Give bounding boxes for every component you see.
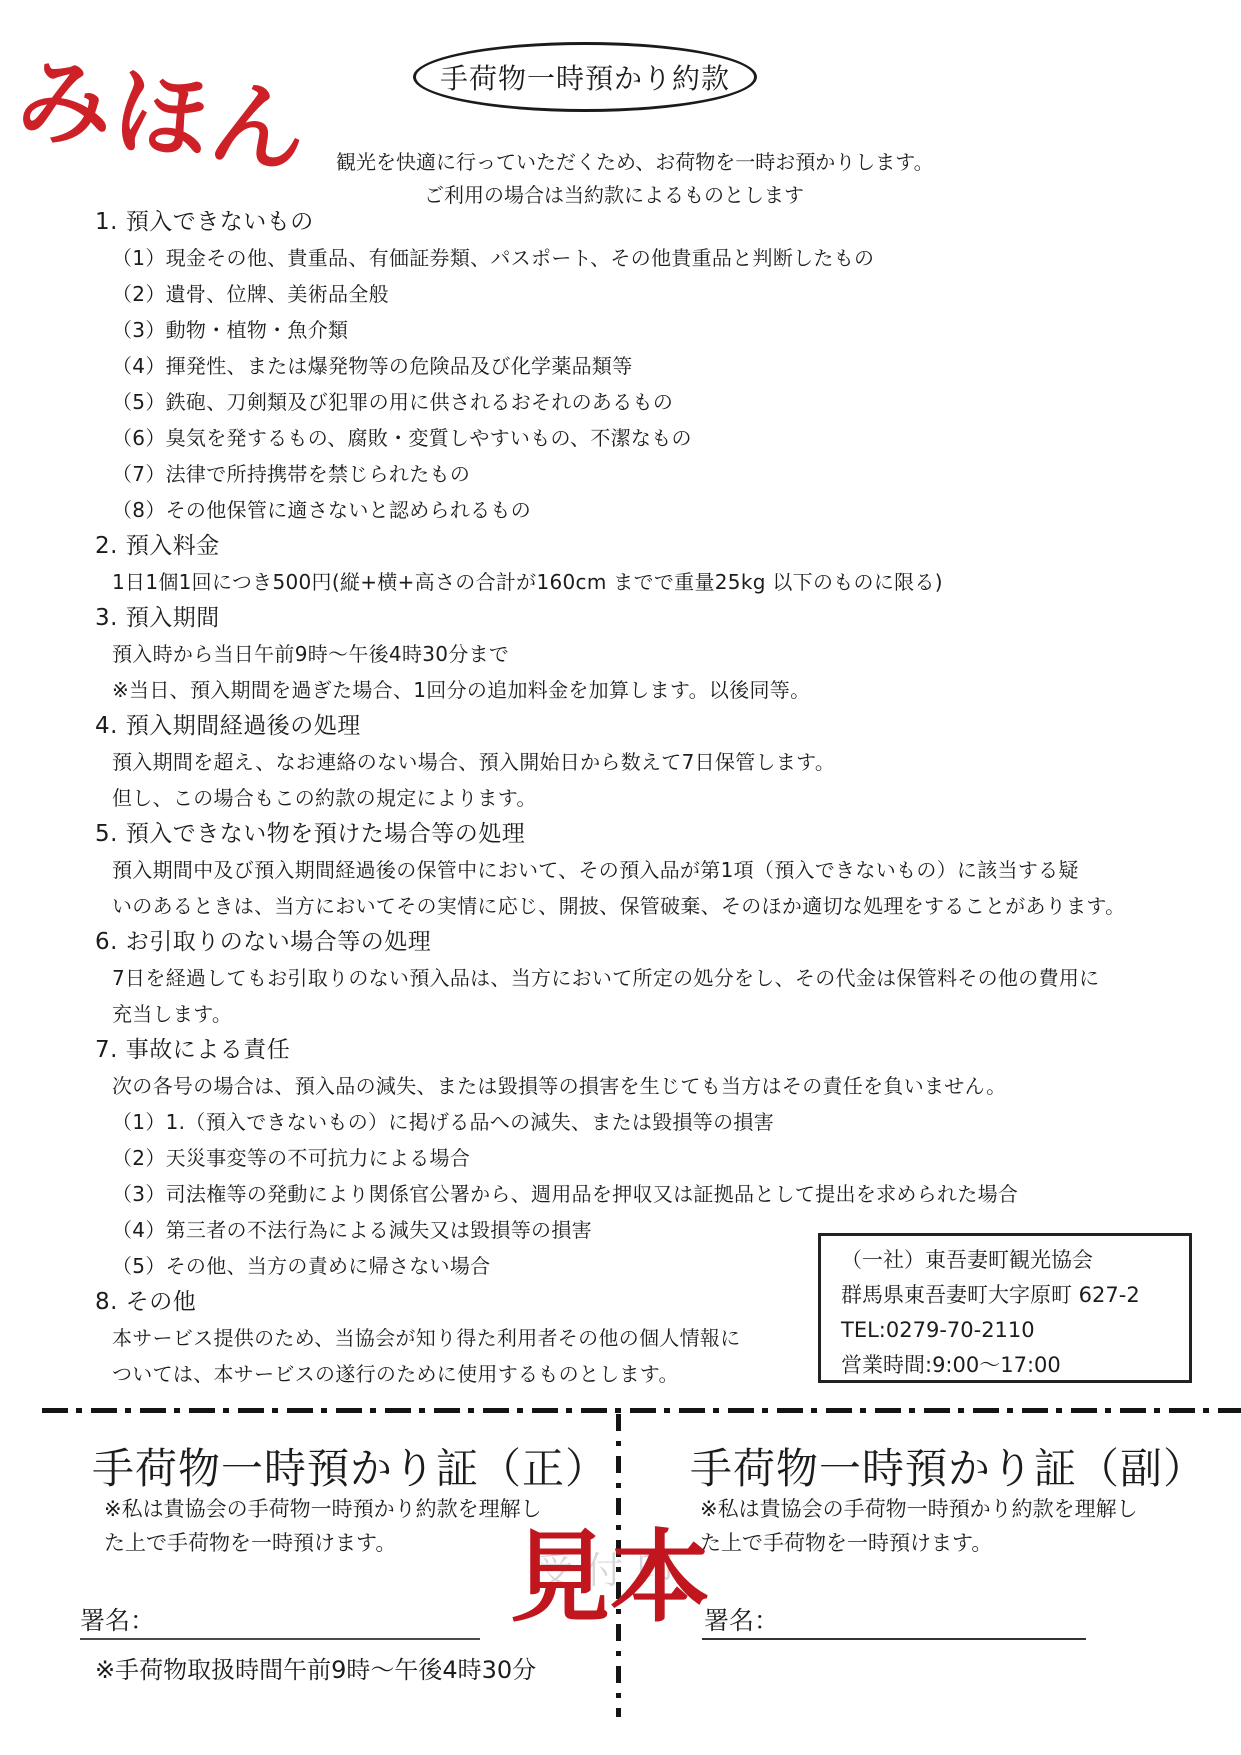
term-line: いのあるときは、当方においてその実情に応じ、開披、保管破棄、そのほか適切な処理を… <box>95 888 1241 924</box>
receipt-left-hours-note: ※手荷物取扱時間午前9時～午後4時30分 <box>95 1650 536 1685</box>
term-line: 但し、この場合もこの約款の規定によります。 <box>95 780 1241 816</box>
sample-watermark-bottom: 見本 <box>510 1528 710 1628</box>
term-line: （3）動物・植物・魚介類 <box>95 312 1241 348</box>
section-2-heading: 2. 預入料金 <box>95 528 1241 564</box>
receipt-left-title: 手荷物一時預かり証（正） <box>92 1436 608 1496</box>
receipt-right-signature-label: 署名： <box>704 1601 779 1637</box>
contact-tel: TEL:0279-70-2110 <box>841 1313 1189 1348</box>
term-line: （6）臭気を発するもの、腐敗・変質しやすいもの、不潔なもの <box>95 420 1241 456</box>
intro-line-1: 観光を快適に行っていただくため、お荷物を一時お預かりします。 <box>336 146 934 175</box>
term-line: （1）1.（預入できないもの）に掲げる品への減失、または毀損等の損害 <box>95 1104 1241 1140</box>
contact-box: （一社）東吾妻町観光協会 群馬県東吾妻町大字原町 627-2 TEL:0279-… <box>818 1233 1192 1383</box>
section-6-heading: 6. お引取りのない場合等の処理 <box>95 924 1241 960</box>
term-line: （2）遺骨、位牌、美術品全般 <box>95 276 1241 312</box>
term-line: 預入期間中及び預入期間経過後の保管中において、その預入品が第1項（預入できないも… <box>95 852 1241 888</box>
term-line: （4）揮発性、または爆発物等の危険品及び化学薬品類等 <box>95 348 1241 384</box>
term-line: 次の各号の場合は、預入品の減失、または毀損等の損害を生じても当方はその責任を負い… <box>95 1068 1241 1104</box>
section-7-heading: 7. 事故による責任 <box>95 1032 1241 1068</box>
term-line: （7）法律で所持携帯を禁じられたもの <box>95 456 1241 492</box>
receipt-right-note-line2: た上で手荷物を一時預けます。 <box>700 1526 1138 1560</box>
term-line: （8）その他保管に適さないと認められるもの <box>95 492 1241 528</box>
term-line: （3）司法権等の発動により関係官公署から、週用品を押収又は証拠品として提出を求め… <box>95 1176 1241 1212</box>
term-line: 預入時から当日午前9時～午後4時30分まで <box>95 636 1241 672</box>
document-title: 手荷物一時預かり約款 <box>440 57 730 97</box>
receipt-right-note-line1: ※私は貴協会の手荷物一時預かり約款を理解し <box>700 1492 1138 1526</box>
term-line: 7日を経過してもお引取りのない預入品は、当方において所定の処分をし、その代金は保… <box>95 960 1241 996</box>
signature-line-left <box>80 1638 480 1640</box>
receipt-right-note: ※私は貴協会の手荷物一時預かり約款を理解し た上で手荷物を一時預けます。 <box>700 1492 1138 1560</box>
term-line: （5）鉄砲、刀剣類及び犯罪の用に供されるおそれのあるもの <box>95 384 1241 420</box>
term-line: 1日1個1回につき500円(縦+横+高さの合計が160cm までで重量25kg … <box>95 564 1241 600</box>
sample-watermark-top: みほん <box>12 52 312 182</box>
horizontal-cut-line <box>42 1408 1241 1413</box>
section-4-heading: 4. 預入期間経過後の処理 <box>95 708 1241 744</box>
document-page: みほん 手荷物一時預かり約款 観光を快適に行っていただくため、お荷物を一時お預か… <box>0 0 1241 1755</box>
term-line: 預入期間を超え、なお連絡のない場合、預入開始日から数えて7日保管します。 <box>95 744 1241 780</box>
section-1-heading: 1. 預入できないもの <box>95 204 1241 240</box>
contact-name: （一社）東吾妻町観光協会 <box>841 1243 1189 1278</box>
receipt-right-title: 手荷物一時預かり証（副） <box>690 1436 1206 1496</box>
term-line: 充当します。 <box>95 996 1241 1032</box>
section-5-heading: 5. 預入できない物を預けた場合等の処理 <box>95 816 1241 852</box>
contact-address: 群馬県東吾妻町大字原町 627-2 <box>841 1278 1189 1313</box>
receipt-left-note-line2: た上で手荷物を一時預けます。 <box>104 1526 542 1560</box>
document-title-oval: 手荷物一時預かり約款 <box>413 42 757 112</box>
receipt-left-signature-label: 署名： <box>80 1601 155 1637</box>
term-line: （1）現金その他、貴重品、有価証券類、パスポート、その他貴重品と判断したもの <box>95 240 1241 276</box>
term-line: （2）天災事変等の不可抗力による場合 <box>95 1140 1241 1176</box>
term-line: ※当日、預入期間を過ぎた場合、1回分の追加料金を加算します。以後同等。 <box>95 672 1241 708</box>
contact-hours: 営業時間:9:00～17:00 <box>841 1348 1189 1383</box>
receipt-left-note-line1: ※私は貴協会の手荷物一時預かり約款を理解し <box>104 1492 542 1526</box>
receipt-left-note: ※私は貴協会の手荷物一時預かり約款を理解し た上で手荷物を一時預けます。 <box>104 1492 542 1560</box>
section-3-heading: 3. 預入期間 <box>95 600 1241 636</box>
terms-list: 1. 預入できないもの （1）現金その他、貴重品、有価証券類、パスポート、その他… <box>95 204 1241 1392</box>
signature-line-right <box>702 1638 1086 1640</box>
